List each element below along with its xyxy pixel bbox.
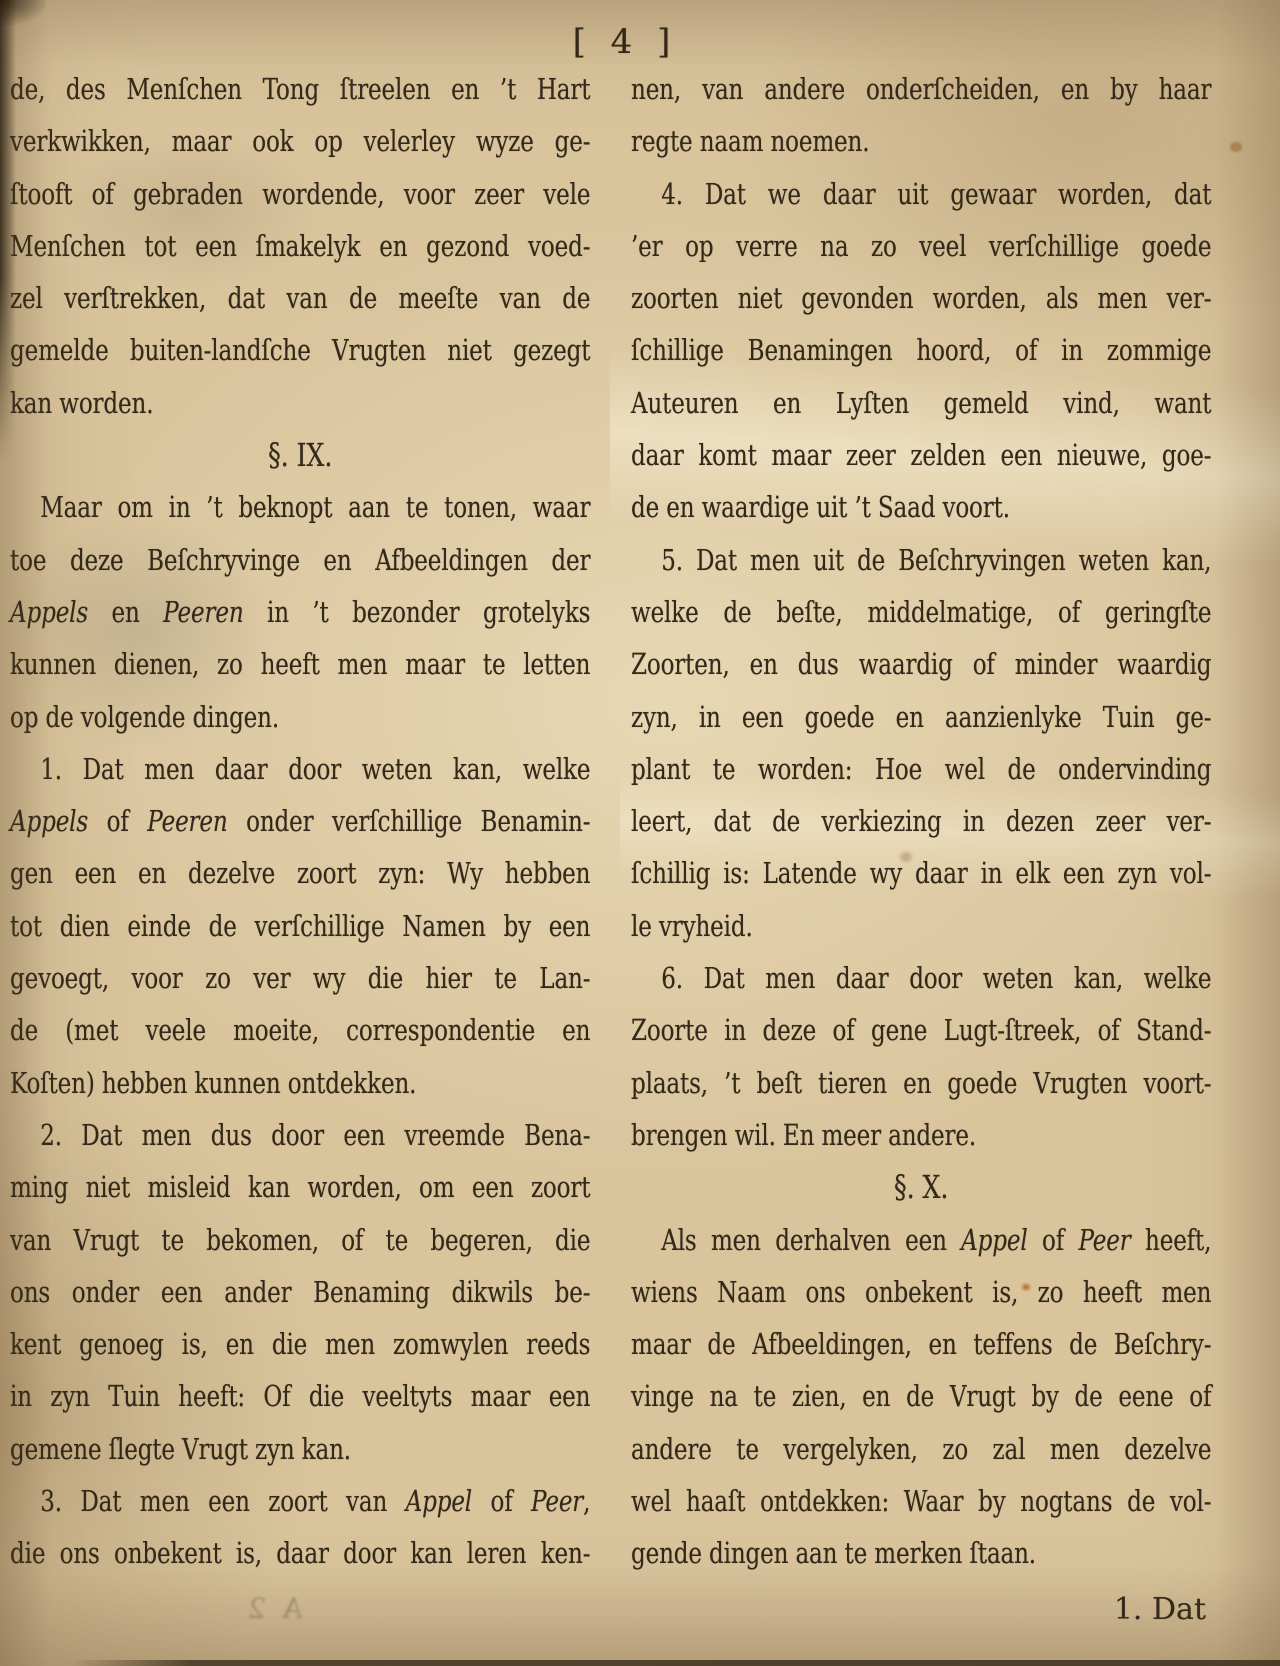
text-line: Appels en Peeren in ’t bezonder grotelyk… xyxy=(10,586,590,638)
text-segment: Zoorte in deze of gene Lugt-ſtreek, of S… xyxy=(631,1013,1211,1047)
text-line: nen, van andere onderſcheiden, en by haa… xyxy=(631,63,1211,115)
text-line: wel haaſt ontdekken: Waar by nogtans de … xyxy=(631,1475,1211,1527)
page-edge-shadow-bottom xyxy=(70,1660,1280,1666)
text-segment: ſchillige Benamingen hoord, of in zommig… xyxy=(631,333,1211,367)
text-segment: 5. Dat men uit de Beſchryvingen weten ka… xyxy=(661,543,1211,577)
italic-text-segment: Peer xyxy=(1078,1223,1130,1257)
text-segment: leert, dat de verkiezing in dezen zeer v… xyxy=(631,804,1211,838)
text-segment: tot dien einde de verſchillige Namen by … xyxy=(10,909,590,943)
text-line: plant te worden: Hoe wel de ondervinding xyxy=(631,743,1211,795)
text-line: gevoegt, voor zo ver wy die hier te Lan- xyxy=(10,952,590,1004)
text-line: regte naam noemen. xyxy=(631,115,1211,167)
text-segment: in ’t bezonder grotelyks xyxy=(244,595,591,629)
text-segment: maar de Afbeeldingen, en teffens de Beſc… xyxy=(631,1327,1211,1361)
text-segment: ſtooft of gebraden wordende, voor zeer v… xyxy=(10,177,590,211)
text-line: van Vrugt te bekomen, of te begeren, die xyxy=(10,1214,590,1266)
text-line: vinge na te zien, en de Vrugt by de eene… xyxy=(631,1370,1211,1422)
text-segment: de (met veele moeite, correspondentie en xyxy=(10,1013,590,1047)
text-segment: kent genoeg is, en die men zomwylen reed… xyxy=(10,1327,590,1361)
text-line: ’er op verre na zo veel verſchillige goe… xyxy=(631,220,1211,272)
section-heading: §. IX. xyxy=(10,429,590,481)
text-line: toe deze Beſchryvinge en Afbeeldingen de… xyxy=(10,534,590,586)
text-segment: welke de beſte, middelmatige, of geringſ… xyxy=(631,595,1211,629)
text-segment: of xyxy=(88,804,147,838)
text-line: Koſten) hebben kunnen ontdekken. xyxy=(10,1057,590,1109)
text-segment: de en waardige uit ’t Saad voort. xyxy=(631,490,1010,524)
text-segment: Zoorten, en dus waardig of minder waardi… xyxy=(631,647,1211,681)
text-segment: kan worden. xyxy=(10,386,153,420)
text-line: Zoorten, en dus waardig of minder waardi… xyxy=(631,638,1211,690)
text-segment: ſchillig is: Latende wy daar in elk een … xyxy=(631,856,1211,890)
text-segment: Als men derhalven een xyxy=(661,1223,961,1257)
text-segment: ons onder een ander Benaming dikwils be- xyxy=(10,1275,590,1309)
text-line: 5. Dat men uit de Beſchryvingen weten ka… xyxy=(631,534,1211,586)
text-segment: van Vrugt te bekomen, of te begeren, die xyxy=(10,1223,590,1257)
text-line: zyn, in een goede en aanzienlyke Tuin ge… xyxy=(631,691,1211,743)
text-line: 2. Dat men dus door een vreemde Bena- xyxy=(10,1109,590,1161)
text-column-left: de, des Menſchen Tong ſtreelen en ’t Har… xyxy=(10,63,590,1580)
italic-text-segment: Appels xyxy=(10,804,88,838)
text-segment: gevoegt, voor zo ver wy die hier te Lan- xyxy=(10,961,590,995)
text-segment: brengen wil. En meer andere. xyxy=(631,1118,976,1152)
italic-text-segment: Peer xyxy=(531,1484,583,1518)
text-line: 4. Dat we daar uit gewaar worden, dat xyxy=(631,168,1211,220)
text-line: ſtooft of gebraden wordende, voor zeer v… xyxy=(10,168,590,220)
text-segment: , xyxy=(583,1484,590,1518)
text-segment: of xyxy=(472,1484,531,1518)
text-segment: 1. Dat men daar door weten kan, welke xyxy=(40,752,590,786)
text-segment: 3. Dat men een zoort van xyxy=(40,1484,405,1518)
text-segment: op de volgende dingen. xyxy=(10,700,279,734)
text-line: in zyn Tuin heeft: Of die veeltyts maar … xyxy=(10,1370,590,1422)
text-line: Menſchen tot een ſmakelyk en gezond voed… xyxy=(10,220,590,272)
section-heading: §. X. xyxy=(631,1161,1211,1213)
text-line: le vryheid. xyxy=(631,900,1211,952)
text-segment: 2. Dat men dus door een vreemde Bena- xyxy=(40,1118,590,1152)
text-segment: Koſten) hebben kunnen ontdekken. xyxy=(10,1066,416,1100)
text-line: tot dien einde de verſchillige Namen by … xyxy=(10,900,590,952)
text-segment: Menſchen tot een ſmakelyk en gezond voed… xyxy=(10,229,590,263)
text-line: die ons onbekent is, daar door kan leren… xyxy=(10,1527,590,1579)
text-segment: ’er op verre na zo veel verſchillige goe… xyxy=(631,229,1211,263)
text-line: verkwikken, maar ook op velerley wyze ge… xyxy=(10,115,590,167)
text-line: kunnen dienen, zo heeft men maar te lett… xyxy=(10,638,590,690)
text-segment: verkwikken, maar ook op velerley wyze ge… xyxy=(10,124,590,158)
italic-text-segment: Peeren xyxy=(147,804,227,838)
text-segment: plant te worden: Hoe wel de ondervinding xyxy=(631,752,1211,786)
text-segment: §. IX. xyxy=(268,436,332,474)
text-segment: wiens Naam ons onbekent is, zo heeft men xyxy=(631,1275,1211,1309)
text-line: op de volgende dingen. xyxy=(10,691,590,743)
text-line: de, des Menſchen Tong ſtreelen en ’t Har… xyxy=(10,63,590,115)
text-segment: zoorten niet gevonden worden, als men ve… xyxy=(631,281,1211,315)
text-segment: Maar om in ’t beknopt aan te tonen, waar xyxy=(40,490,590,524)
text-line: Als men derhalven een Appel of Peer heef… xyxy=(631,1214,1211,1266)
text-line: 6. Dat men daar door weten kan, welke xyxy=(631,952,1211,1004)
text-segment: ming niet misleid kan worden, om een zoo… xyxy=(10,1170,590,1204)
text-segment: gemelde buiten-landſche Vrugten niet gez… xyxy=(10,333,590,367)
text-line: ſchillig is: Latende wy daar in elk een … xyxy=(631,847,1211,899)
text-segment: gen een en dezelve zoort zyn: Wy hebben xyxy=(10,856,590,890)
text-line: gende dingen aan te merken ſtaan. xyxy=(631,1527,1211,1579)
text-segment: daar komt maar zeer zelden een nieuwe, g… xyxy=(631,438,1211,472)
text-line: kent genoeg is, en die men zomwylen reed… xyxy=(10,1318,590,1370)
text-line: Auteuren en Lyſten gemeld vind, want xyxy=(631,377,1211,429)
text-line: zoorten niet gevonden worden, als men ve… xyxy=(631,272,1211,324)
text-segment: onder verſchillige Benamin- xyxy=(228,804,591,838)
text-line: ons onder een ander Benaming dikwils be- xyxy=(10,1266,590,1318)
text-line: andere te vergelyken, zo zal men dezelve xyxy=(631,1423,1211,1475)
page-number: [ 4 ] xyxy=(0,22,1250,62)
text-segment: en xyxy=(88,595,163,629)
text-segment: de, des Menſchen Tong ſtreelen en ’t Har… xyxy=(10,72,590,106)
text-segment: wel haaſt ontdekken: Waar by nogtans de … xyxy=(631,1484,1211,1518)
text-line: gen een en dezelve zoort zyn: Wy hebben xyxy=(10,847,590,899)
text-segment: regte naam noemen. xyxy=(631,124,869,158)
text-line: de (met veele moeite, correspondentie en xyxy=(10,1004,590,1056)
text-segment: plaats, ’t beſt tieren en goede Vrugten … xyxy=(631,1066,1211,1100)
text-segment: Auteuren en Lyſten gemeld vind, want xyxy=(631,386,1211,420)
italic-text-segment: Appels xyxy=(10,595,88,629)
text-line: wiens Naam ons onbekent is, zo heeft men xyxy=(631,1266,1211,1318)
text-segment: §. X. xyxy=(894,1168,948,1206)
text-line: Maar om in ’t beknopt aan te tonen, waar xyxy=(10,481,590,533)
text-line: zel verſtrekken, dat van de meeſte van d… xyxy=(10,272,590,324)
text-line: plaats, ’t beſt tieren en goede Vrugten … xyxy=(631,1057,1211,1109)
text-segment: andere te vergelyken, zo zal men dezelve xyxy=(631,1432,1211,1466)
text-line: kan worden. xyxy=(10,377,590,429)
text-line: Zoorte in deze of gene Lugt-ſtreek, of S… xyxy=(631,1004,1211,1056)
text-line: 1. Dat men daar door weten kan, welke xyxy=(10,743,590,795)
italic-text-segment: Peeren xyxy=(163,595,243,629)
text-segment: kunnen dienen, zo heeft men maar te lett… xyxy=(10,647,590,681)
text-line: daar komt maar zeer zelden een nieuwe, g… xyxy=(631,429,1211,481)
text-line: ming niet misleid kan worden, om een zoo… xyxy=(10,1161,590,1213)
text-line: 3. Dat men een zoort van Appel of Peer, xyxy=(10,1475,590,1527)
text-segment: in zyn Tuin heeft: Of die veeltyts maar … xyxy=(10,1379,590,1413)
text-segment: heeft, xyxy=(1131,1223,1212,1257)
text-line: ſchillige Benamingen hoord, of in zommig… xyxy=(631,324,1211,376)
text-segment: zel verſtrekken, dat van de meeſte van d… xyxy=(10,281,590,315)
italic-text-segment: Appel xyxy=(406,1484,472,1518)
text-line: welke de beſte, middelmatige, of geringſ… xyxy=(631,586,1211,638)
text-segment: zyn, in een goede en aanzienlyke Tuin ge… xyxy=(631,700,1211,734)
text-segment: of xyxy=(1028,1223,1079,1257)
text-line: maar de Afbeeldingen, en teffens de Beſc… xyxy=(631,1318,1211,1370)
text-line: leert, dat de verkiezing in dezen zeer v… xyxy=(631,795,1211,847)
text-segment: gende dingen aan te merken ſtaan. xyxy=(631,1536,1036,1570)
ghost-signature-show-through: A 2 xyxy=(242,1592,304,1625)
text-segment: 4. Dat we daar uit gewaar worden, dat xyxy=(661,177,1211,211)
text-segment: le vryheid. xyxy=(631,909,753,943)
text-segment: 6. Dat men daar door weten kan, welke xyxy=(661,961,1211,995)
text-line: Appels of Peeren onder verſchillige Bena… xyxy=(10,795,590,847)
text-line: gemene ſlegte Vrugt zyn kan. xyxy=(10,1423,590,1475)
catchword: 1. Dat xyxy=(880,1592,1206,1627)
text-column-right: nen, van andere onderſcheiden, en by haa… xyxy=(631,63,1211,1580)
text-line: gemelde buiten-landſche Vrugten niet gez… xyxy=(10,324,590,376)
text-segment: nen, van andere onderſcheiden, en by haa… xyxy=(631,72,1211,106)
book-page-scan: [ 4 ] de, des Menſchen Tong ſtreelen en … xyxy=(0,0,1280,1666)
text-segment: die ons onbekent is, daar door kan leren… xyxy=(10,1536,590,1570)
italic-text-segment: Appel xyxy=(961,1223,1027,1257)
text-line: brengen wil. En meer andere. xyxy=(631,1109,1211,1161)
text-segment: toe deze Beſchryvinge en Afbeeldingen de… xyxy=(10,543,590,577)
text-segment: gemene ſlegte Vrugt zyn kan. xyxy=(10,1432,351,1466)
text-segment: vinge na te zien, en de Vrugt by de eene… xyxy=(631,1379,1211,1413)
text-line: de en waardige uit ’t Saad voort. xyxy=(631,481,1211,533)
